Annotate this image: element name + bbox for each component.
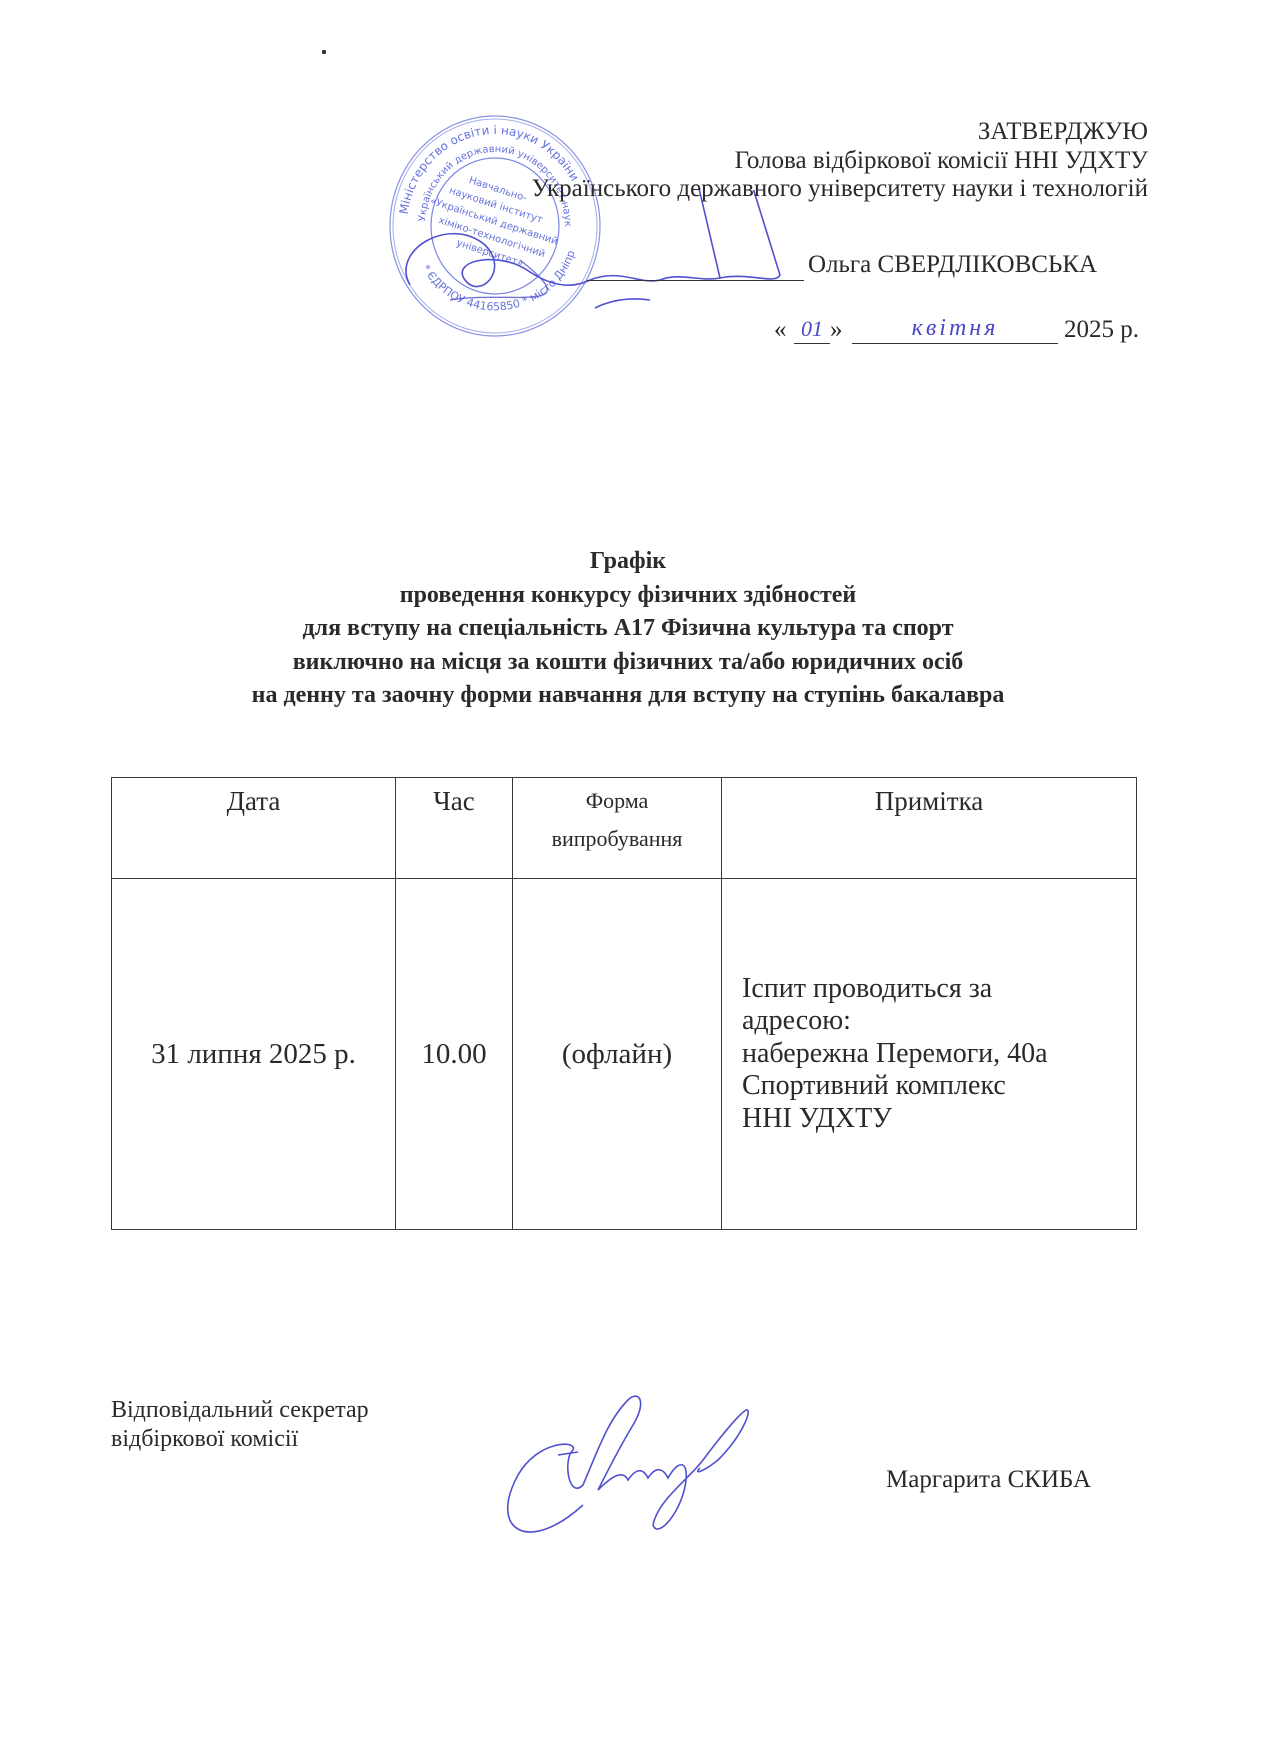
secretary-role: Відповідальний секретар відбіркової комі… — [111, 1396, 369, 1454]
header-time: Час — [396, 778, 513, 879]
note-line-2: адресою: — [742, 1005, 1136, 1038]
scan-speck — [322, 50, 326, 54]
note-line-4: Спортивний комплекс — [742, 1070, 1136, 1103]
schedule-table: Дата Час Форма випробування Примітка 31 … — [111, 777, 1137, 1230]
secretary-role-line1: Відповідальний секретар — [111, 1396, 369, 1425]
date-month: квітня — [852, 316, 1058, 344]
cell-form: (офлайн) — [513, 879, 722, 1230]
approval-date: « 01 » квітня 2025 р. — [774, 316, 1154, 346]
document-title: Графік проведення конкурсу фізичних здіб… — [0, 545, 1256, 713]
title-line-3: для вступу на спеціальність А17 Фізична … — [0, 612, 1256, 646]
secretary-role-line2: відбіркової комісії — [111, 1425, 369, 1454]
approver-position-line2: Українського державного університету нау… — [532, 174, 1148, 203]
table-row: 31 липня 2025 р. 10.00 (офлайн) Іспит пр… — [112, 879, 1137, 1230]
note-line-3: набережна Перемоги, 40а — [742, 1038, 1136, 1071]
note-line-1: Іспит проводиться за — [742, 973, 1136, 1006]
approver-position-line1: Голова відбіркової комісії ННІ УДХТУ — [735, 146, 1148, 175]
cell-date: 31 липня 2025 р. — [112, 879, 396, 1230]
header-form-line1: Форма — [513, 778, 721, 820]
header-date: Дата — [112, 778, 396, 879]
cell-note: Іспит проводиться за адресою: набережна … — [722, 879, 1137, 1230]
title-line-1: Графік — [0, 545, 1256, 579]
header-form-line2: випробування — [513, 820, 721, 858]
approver-signature-icon — [390, 190, 840, 320]
date-day: 01 — [794, 316, 830, 344]
date-open-quote: « — [774, 316, 787, 344]
approver-name: Ольга СВЕРДЛІКОВСЬКА — [808, 251, 1097, 279]
cell-time: 10.00 — [396, 879, 513, 1230]
title-line-5: на денну та заочну форми навчання для вс… — [0, 679, 1256, 713]
approval-heading: ЗАТВЕРДЖУЮ — [978, 117, 1148, 146]
date-year: 2025 р. — [1064, 316, 1139, 344]
secretary-name: Маргарита СКИБА — [886, 1466, 1091, 1494]
header-note: Примітка — [722, 778, 1137, 879]
date-close-quote: » — [830, 316, 843, 344]
table-header-row: Дата Час Форма випробування Примітка — [112, 778, 1137, 879]
approver-signature-line — [587, 280, 804, 281]
secretary-signature-icon — [488, 1380, 758, 1550]
title-line-4: виключно на місця за кошти фізичних та/а… — [0, 646, 1256, 680]
header-form: Форма випробування — [513, 778, 722, 879]
title-line-2: проведення конкурсу фізичних здібностей — [0, 579, 1256, 613]
note-line-5: ННІ УДХТУ — [742, 1103, 1136, 1136]
